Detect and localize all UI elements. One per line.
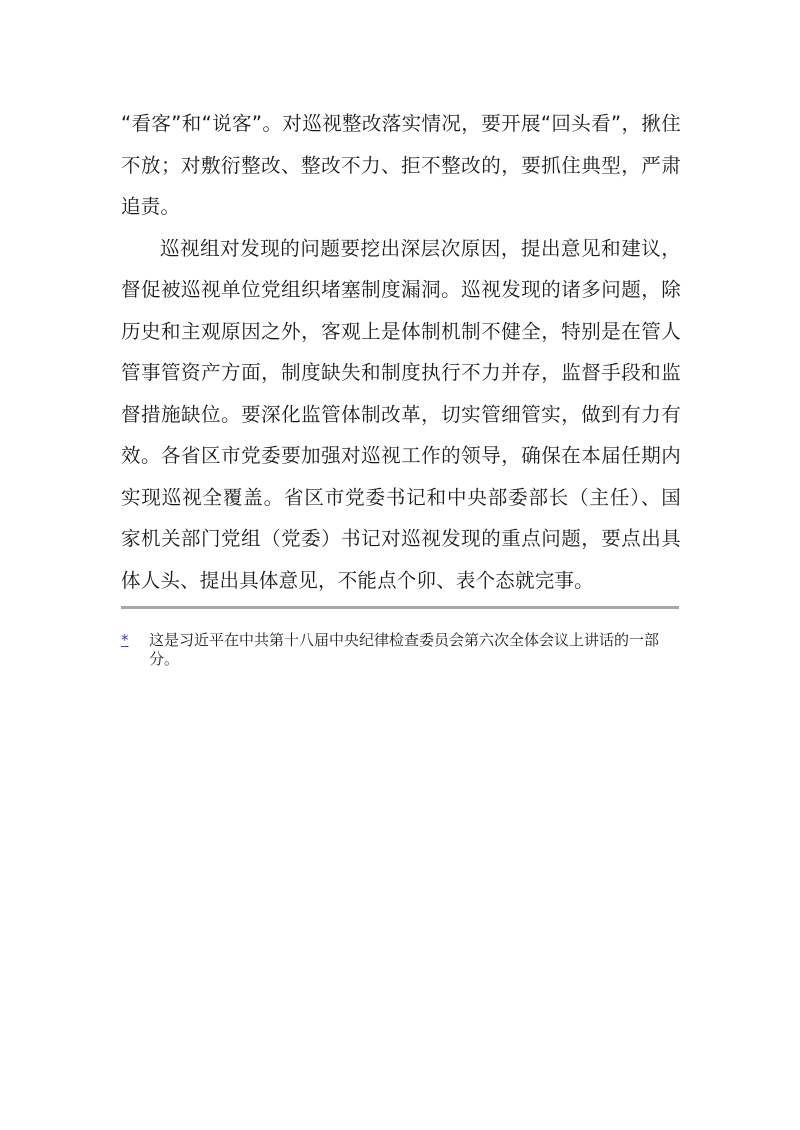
document-body: “看客”和“说客”。对巡视整改落实情况，要开展“回头看”，揪住不放；对敷衍整改、… [121, 103, 681, 601]
footnote-text: 这是习近平在中共第十八届中央纪律检查委员会第六次全体会议上讲话的一部分。 [149, 631, 681, 669]
footnote: * 这是习近平在中共第十八届中央纪律检查委员会第六次全体会议上讲话的一部分。 [121, 631, 681, 669]
paragraph-2: 巡视组对发现的问题要挖出深层次原因，提出意见和建议，督促被巡视单位党组织堵塞制度… [121, 228, 681, 602]
footnote-marker-link[interactable]: * [121, 631, 149, 669]
paragraph-1: “看客”和“说客”。对巡视整改落实情况，要开展“回头看”，揪住不放；对敷衍整改、… [121, 103, 681, 228]
footnote-separator [121, 606, 679, 609]
